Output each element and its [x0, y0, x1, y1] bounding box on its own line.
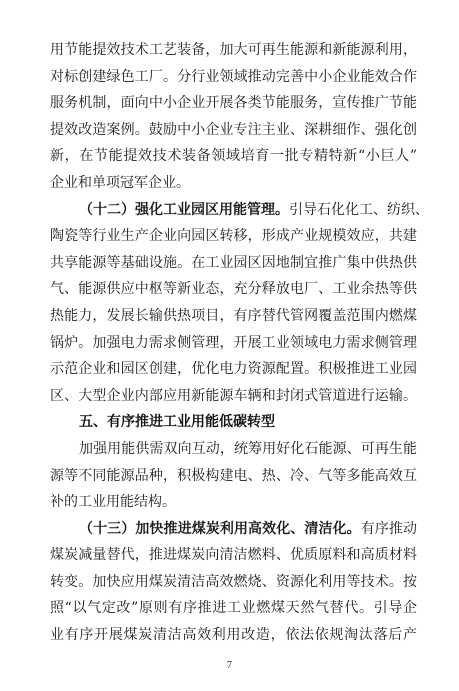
text-line: 共享能源等基础设施。在工业园区因地制宜推广集中供热供	[50, 250, 417, 277]
text-run: 有序推动	[361, 521, 417, 537]
text-line: 示范企业和园区创建，优化电力资源配置。积极推进工业园	[50, 356, 417, 383]
paragraph-13: （十三）加快推进煤炭利用高效化、清洁化。有序推动 煤炭减量替代，推进煤炭向清洁燃…	[50, 516, 417, 649]
document-page: 用节能提效技术工艺装备，加大可再生能源和新能源利用， 对标创建绿色工厂。分行业领…	[0, 0, 459, 691]
text-line: 照“以气定改”原则有序推进工业燃煤天然气替代。引导企	[50, 595, 417, 622]
text-line: 区、大型企业内部应用新能源车辆和封闭式管道进行运输。	[50, 383, 417, 410]
text-line: 新，在节能提效技术装备领域培育一批专精特新“小巨人”	[50, 143, 417, 170]
paragraph-section-5-intro: 加强用能供需双向互动，统筹用好化石能源、可再生能 源等不同能源品种，积极构建电、…	[50, 436, 417, 516]
text-line: 加强用能供需双向互动，统筹用好化石能源、可再生能	[50, 436, 417, 463]
text-line: 服务机制，面向中小企业开展各类节能服务，宣传推广节能	[50, 90, 417, 117]
text-line: 锅炉。加强电力需求侧管理，开展工业领域电力需求侧管理	[50, 330, 417, 357]
text-line: 热能力，发展长输供热项目，有序替代管网覆盖范围内燃煤	[50, 303, 417, 330]
text-line: 提效改造案例。鼓励中小企业专注主业、深耕细作、强化创	[50, 117, 417, 144]
text-line: 对标创建绿色工厂。分行业领域推动完善中小企业能效合作	[50, 64, 417, 91]
text-line: 煤炭减量替代，推进煤炭向清洁燃料、优质原料和高质材料	[50, 542, 417, 569]
section-heading-5: 五、有序推进工业用能低碳转型	[50, 409, 417, 436]
text-line: 企业和单项冠军企业。	[50, 170, 417, 197]
text-run: 引导石化化工、纺织、	[289, 202, 429, 218]
paragraph-12: （十二）强化工业园区用能管理。引导石化化工、纺织、 陶瓷等行业生产企业向园区转移…	[50, 197, 417, 410]
text-line: （十三）加快推进煤炭利用高效化、清洁化。有序推动	[50, 516, 417, 543]
text-line: 用节能提效技术工艺装备，加大可再生能源和新能源利用，	[50, 37, 417, 64]
text-line: 气、能源供应中枢等新业态，充分释放电厂、工业余热等供	[50, 276, 417, 303]
text-line: 陶瓷等行业生产企业向园区转移，形成产业规模效应，共建	[50, 223, 417, 250]
paragraph-heading-13: （十三）加快推进煤炭利用高效化、清洁化。	[79, 521, 361, 537]
text-line: 转变。加快应用煤炭清洁高效燃烧、资源化利用等技术。按	[50, 569, 417, 596]
paragraph-continued: 用节能提效技术工艺装备，加大可再生能源和新能源利用， 对标创建绿色工厂。分行业领…	[50, 37, 417, 197]
body-text: 用节能提效技术工艺装备，加大可再生能源和新能源利用， 对标创建绿色工厂。分行业领…	[50, 37, 417, 649]
text-line: 源等不同能源品种，积极构建电、热、冷、气等多能高效互	[50, 463, 417, 490]
text-line: 业有序开展煤炭清洁高效利用改造，依法依规淘汰落后产	[50, 622, 417, 649]
page-number: 7	[0, 660, 459, 671]
text-line: （十二）强化工业园区用能管理。引导石化化工、纺织、	[50, 197, 417, 224]
text-line: 补的工业用能结构。	[50, 489, 417, 516]
paragraph-heading-12: （十二）强化工业园区用能管理。	[79, 202, 289, 218]
